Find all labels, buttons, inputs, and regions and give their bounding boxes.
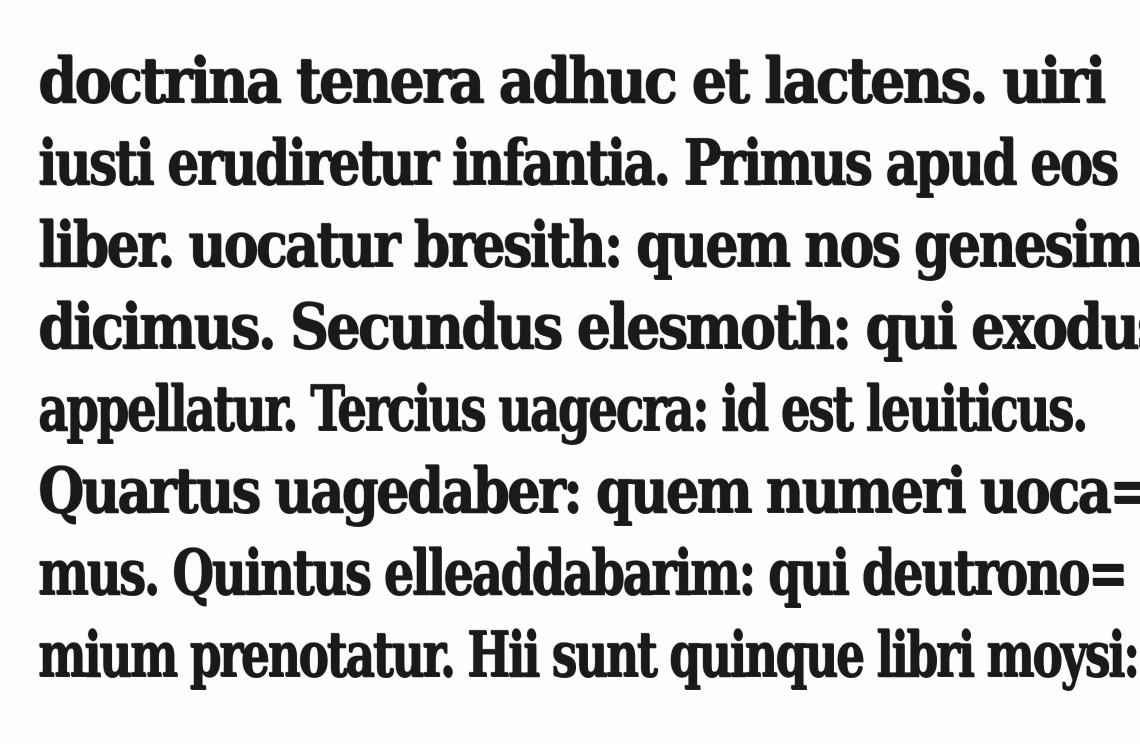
text-line-7: mus. Quintus elleaddabarim: qui deutrono… bbox=[38, 532, 894, 614]
text-line-6: Quartus uagedaber: quem numeri uoca= bbox=[38, 450, 980, 532]
text-line-5: appellatur. Tercius uagecra: id est leui… bbox=[38, 368, 873, 450]
text-line-8: mium prenotatur. Hii sunt quinque libri … bbox=[38, 614, 851, 696]
blackletter-text-block: doctrina tenera adhuc et lactens. uiri i… bbox=[38, 40, 1108, 696]
text-line-2: iusti erudiretur infantia. Primus apud e… bbox=[38, 122, 937, 204]
scanned-page: doctrina tenera adhuc et lactens. uiri i… bbox=[0, 0, 1140, 744]
text-line-3: liber. uocatur bresith: quem nos genesim bbox=[38, 204, 969, 286]
text-line-1: doctrina tenera adhuc et lactens. uiri bbox=[38, 40, 1033, 122]
text-line-4: dicimus. Secundus elesmoth: qui exodus bbox=[38, 286, 1001, 368]
